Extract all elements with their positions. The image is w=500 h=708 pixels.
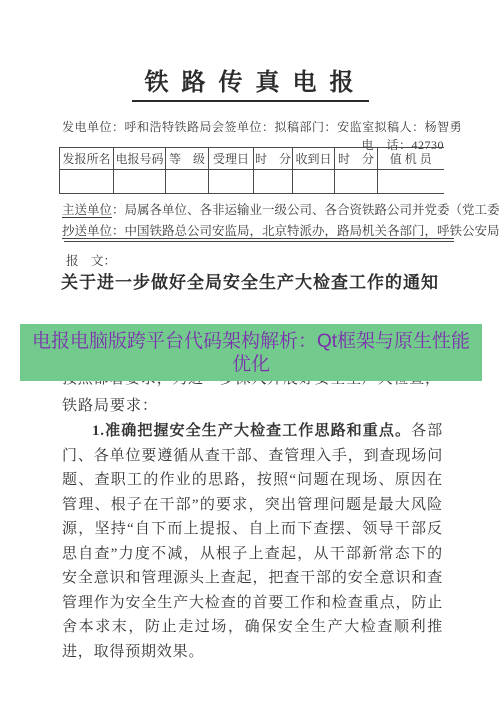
col-header-operator: 值 机 员 bbox=[378, 148, 444, 170]
col-header-telegram-no: 电报号码 bbox=[114, 148, 166, 170]
col-header-receive-time: 时 分 bbox=[335, 148, 378, 170]
col-header-grade: 等 级 bbox=[166, 148, 209, 170]
blank-cell bbox=[60, 170, 114, 194]
col-header-accept-date: 受理日 bbox=[209, 148, 254, 170]
paragraph-body-text: 各部门、各单位要遵循从查干部、查管理入手，到查现场问题、查职工的作业的思路，按照… bbox=[62, 423, 443, 660]
blank-cell bbox=[166, 170, 209, 194]
document-title: 关于进一步做好全局安全生产大检查工作的通知 bbox=[0, 268, 500, 293]
cc-recipient-line: 抄送单位：中国铁路总公司安监局，北京特派办，路局机关各部门，呼铁公安局。 bbox=[62, 221, 452, 239]
blank-cell bbox=[209, 170, 254, 194]
col-header-station: 发报所名 bbox=[60, 148, 114, 170]
col-header-receive-date: 收到日 bbox=[293, 148, 335, 170]
requirement-line: 铁路局要求： bbox=[62, 394, 440, 415]
cc-recipient-colon: ： bbox=[112, 224, 125, 238]
main-recipient-colon: ： bbox=[112, 203, 125, 217]
main-recipient-label: 主送单位 bbox=[62, 203, 112, 217]
paragraph-lead-bold: 1.准确把握安全生产大检查工作思路和重点。 bbox=[92, 423, 411, 439]
double-rule-divider bbox=[64, 238, 454, 242]
masthead-title: 铁路传真电报 bbox=[132, 62, 369, 102]
field-drafter: 拟稿人：杨智勇 bbox=[375, 118, 463, 135]
routing-table-blank-row bbox=[60, 170, 444, 194]
masthead: 铁路传真电报 bbox=[0, 62, 500, 102]
blank-cell bbox=[254, 170, 293, 194]
blank-cell bbox=[378, 170, 444, 194]
header-info-row: 发电单位：呼和浩特铁路局 会签单位： 拟稿部门：安监室 拟稿人：杨智勇 bbox=[62, 118, 444, 135]
cc-recipient-text: 中国铁路总公司安监局，北京特派办，路局机关各部门，呼铁公安局。 bbox=[125, 224, 500, 238]
main-recipient-text: 局属各单位、各非运输业一级公司、各合资铁路公司并党委（党工委、党总支）。 bbox=[125, 203, 500, 217]
message-label: 报 文： bbox=[66, 251, 116, 269]
cc-recipient-label: 抄送单位 bbox=[62, 224, 112, 238]
blank-cell bbox=[293, 170, 335, 194]
promo-banner-text[interactable]: 电报电脑版跨平台代码架构解析：Qt框架与原生性能优化 bbox=[26, 330, 476, 376]
col-header-accept-time: 时 分 bbox=[254, 148, 293, 170]
blank-cell bbox=[114, 170, 166, 194]
field-drafting-dept: 拟稿部门：安监室 bbox=[275, 118, 375, 135]
body-paragraph: 1.准确把握安全生产大检查工作思路和重点。各部门、各单位要遵循从查干部、查管理入… bbox=[62, 419, 443, 664]
field-countersign-unit: 会签单位： bbox=[212, 118, 275, 135]
main-recipient-line: 主送单位：局属各单位、各非运输业一级公司、各合资铁路公司并党委（党工委、党总支）… bbox=[62, 200, 452, 218]
blank-cell bbox=[335, 170, 378, 194]
routing-table: 发报所名 电报号码 等 级 受理日 时 分 收到日 时 分 值 机 员 bbox=[59, 147, 444, 194]
routing-table-header-row: 发报所名 电报号码 等 级 受理日 时 分 收到日 时 分 值 机 员 bbox=[60, 148, 444, 170]
fax-telegram-page: 铁路传真电报 发电单位：呼和浩特铁路局 会签单位： 拟稿部门：安监室 拟稿人：杨… bbox=[0, 0, 500, 708]
promo-banner[interactable]: 电报电脑版跨平台代码架构解析：Qt框架与原生性能优化 bbox=[20, 324, 482, 381]
field-sending-unit: 发电单位：呼和浩特铁路局 bbox=[62, 118, 212, 135]
